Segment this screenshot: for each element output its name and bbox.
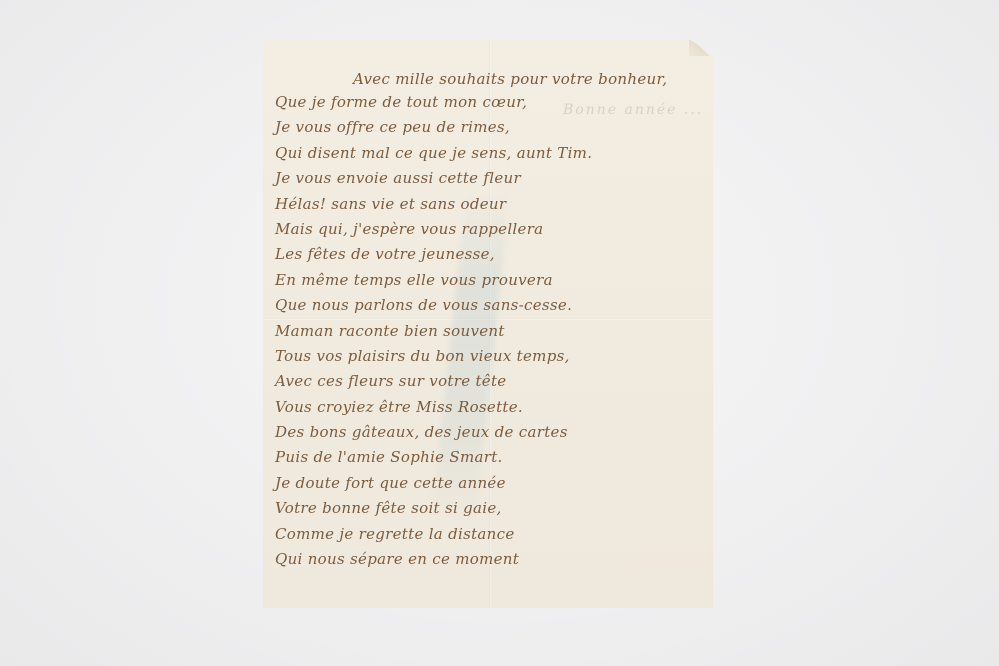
letter-body: Avec mille souhaits pour votre bonheur, … xyxy=(275,68,705,572)
verse-line-18: Comme je regrette la distance xyxy=(275,522,705,547)
verse-line-3: Qui disent mal ce que je sens, aunt Tim. xyxy=(275,141,705,166)
verse-line-10: Maman raconte bien souvent xyxy=(275,319,705,344)
verse-line-8: En même temps elle vous prouvera xyxy=(275,268,705,293)
verse-line-13: Vous croyiez être Miss Rosette. xyxy=(275,395,705,420)
verse-line-12: Avec ces fleurs sur votre tête xyxy=(275,369,705,394)
verse-line-2: Je vous offre ce peu de rimes, xyxy=(275,115,705,140)
verse-line-17: Votre bonne fête soit si gaie, xyxy=(275,496,705,521)
verse-line-11: Tous vos plaisirs du bon vieux temps, xyxy=(275,344,705,369)
verse-line-6: Mais qui, j'espère vous rappellera xyxy=(275,217,705,242)
verse-line-16: Je doute fort que cette année xyxy=(275,471,705,496)
verse-line-1: Que je forme de tout mon cœur, xyxy=(275,90,705,115)
verse-line-14: Des bons gâteaux, des jeux de cartes xyxy=(275,420,705,445)
verse-line-9: Que nous parlons de vous sans-cesse. xyxy=(275,293,705,318)
verse-line-4: Je vous envoie aussi cette fleur xyxy=(275,166,705,191)
verse-line-19: Qui nous sépare en ce moment xyxy=(275,547,705,572)
verse-line-15: Puis de l'amie Sophie Smart. xyxy=(275,445,705,470)
opening-line: Avec mille souhaits pour votre bonheur, xyxy=(353,68,705,90)
letter-sheet: Bonne année ... Avec mille souhaits pour… xyxy=(263,40,713,608)
verse-line-5: Hélas! sans vie et sans odeur xyxy=(275,192,705,217)
verse-line-7: Les fêtes de votre jeunesse, xyxy=(275,242,705,267)
